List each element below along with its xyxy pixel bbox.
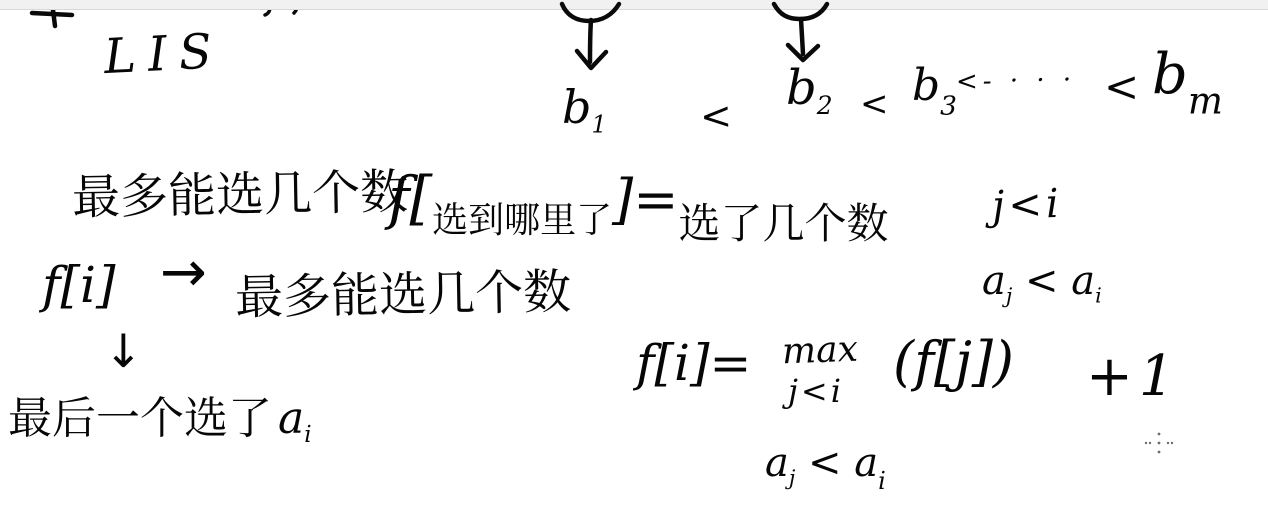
window-chrome-strip bbox=[0, 0, 1268, 10]
less-than-sign: < bbox=[699, 93, 732, 138]
condition-aj-lt-ai: aj < ai bbox=[982, 258, 1102, 307]
right-arrow-icon: → bbox=[160, 240, 207, 305]
sequence-term-b3: b3 bbox=[912, 60, 957, 122]
sequence-term-bm: bm bbox=[1152, 42, 1223, 122]
ellipsis-chain: <- · · · bbox=[956, 65, 1077, 97]
f-i-term: f[i] bbox=[42, 256, 116, 314]
max-subscript-condition: j<i bbox=[788, 372, 844, 410]
constraint-line: 最后一个选了ai bbox=[8, 382, 312, 448]
max-operator: max bbox=[781, 329, 858, 373]
down-arrow-icon: ↓ bbox=[104, 324, 143, 378]
question-label: 最多能选几个数 bbox=[71, 153, 408, 228]
sequence-term-b2: b2 bbox=[786, 60, 833, 120]
dp-state-expression: f[选到哪里了]=选了几个数 bbox=[388, 164, 888, 251]
whiteboard-canvas[interactable]: LIS b1 < b2 < b3 <- · · · < bm 最多能选几个数 f… bbox=[0, 0, 1268, 512]
recurrence-lhs: f[i]= bbox=[636, 334, 751, 392]
sequence-term-b1: b1 bbox=[562, 80, 607, 139]
condition-j-lt-i: j<i bbox=[991, 181, 1063, 229]
lis-title: LIS bbox=[103, 23, 225, 85]
less-than-sign: < bbox=[1104, 62, 1139, 111]
pencil-cursor-crosshair[interactable] bbox=[1143, 429, 1177, 457]
recurrence-argument: (f[j]) bbox=[893, 330, 1014, 393]
plus-one-term: +1 bbox=[1086, 344, 1181, 409]
definition-meaning: 最多能选几个数 bbox=[234, 253, 571, 328]
less-than-sign: < bbox=[860, 84, 889, 124]
max-condition-aj-lt-ai: aj < ai bbox=[765, 440, 886, 495]
down-arrow-stroke-left bbox=[550, 4, 630, 82]
